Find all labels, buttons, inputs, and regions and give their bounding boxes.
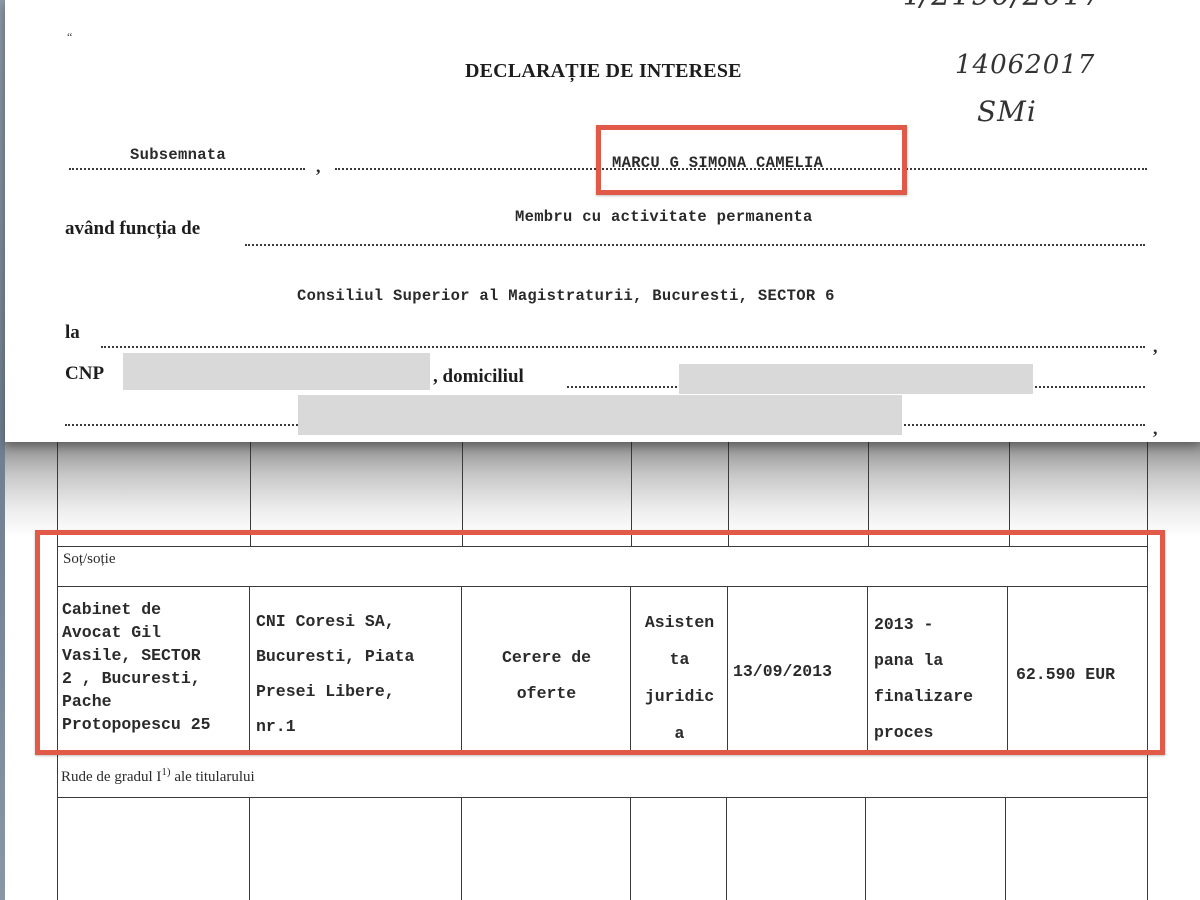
comma: , bbox=[1153, 336, 1158, 357]
domiciliu-label: , domiciliul bbox=[433, 366, 524, 388]
dotted-line bbox=[69, 168, 305, 170]
institution-value: Consiliul Superior al Magistraturii, Buc… bbox=[297, 287, 835, 305]
section-label-relatives: Rude de gradul I1) ale titularului bbox=[61, 766, 255, 786]
dotted-line bbox=[245, 244, 1145, 246]
comma: , bbox=[316, 156, 321, 177]
la-label: la bbox=[65, 322, 80, 344]
subsemnata-label: Subsemnata bbox=[130, 146, 226, 164]
cnp-label: CNP bbox=[65, 363, 104, 385]
highlight-name-box bbox=[596, 125, 907, 195]
handwritten-registration-number: 4/2190/2017 bbox=[900, 0, 1103, 13]
domiciliu-redacted-1 bbox=[679, 364, 1033, 394]
cnp-redacted bbox=[123, 353, 430, 390]
domiciliu-redacted-2 bbox=[298, 395, 902, 435]
handwritten-date: 14062017 bbox=[955, 50, 1095, 80]
paper-shadow bbox=[5, 442, 1200, 537]
declaration-header-page: “ DECLARAȚIE DE INTERESE 4/2190/2017 140… bbox=[5, 0, 1200, 442]
function-label: având funcția de bbox=[65, 218, 200, 240]
function-value: Membru cu activitate permanenta bbox=[515, 208, 813, 226]
handwritten-initials: SMi bbox=[977, 95, 1037, 128]
dotted-line bbox=[101, 346, 1145, 348]
scan-mark: “ bbox=[67, 30, 72, 45]
comma: , bbox=[1153, 418, 1158, 439]
highlight-contract-box bbox=[35, 530, 1165, 755]
document-title: DECLARAȚIE DE INTERESE bbox=[465, 60, 742, 83]
